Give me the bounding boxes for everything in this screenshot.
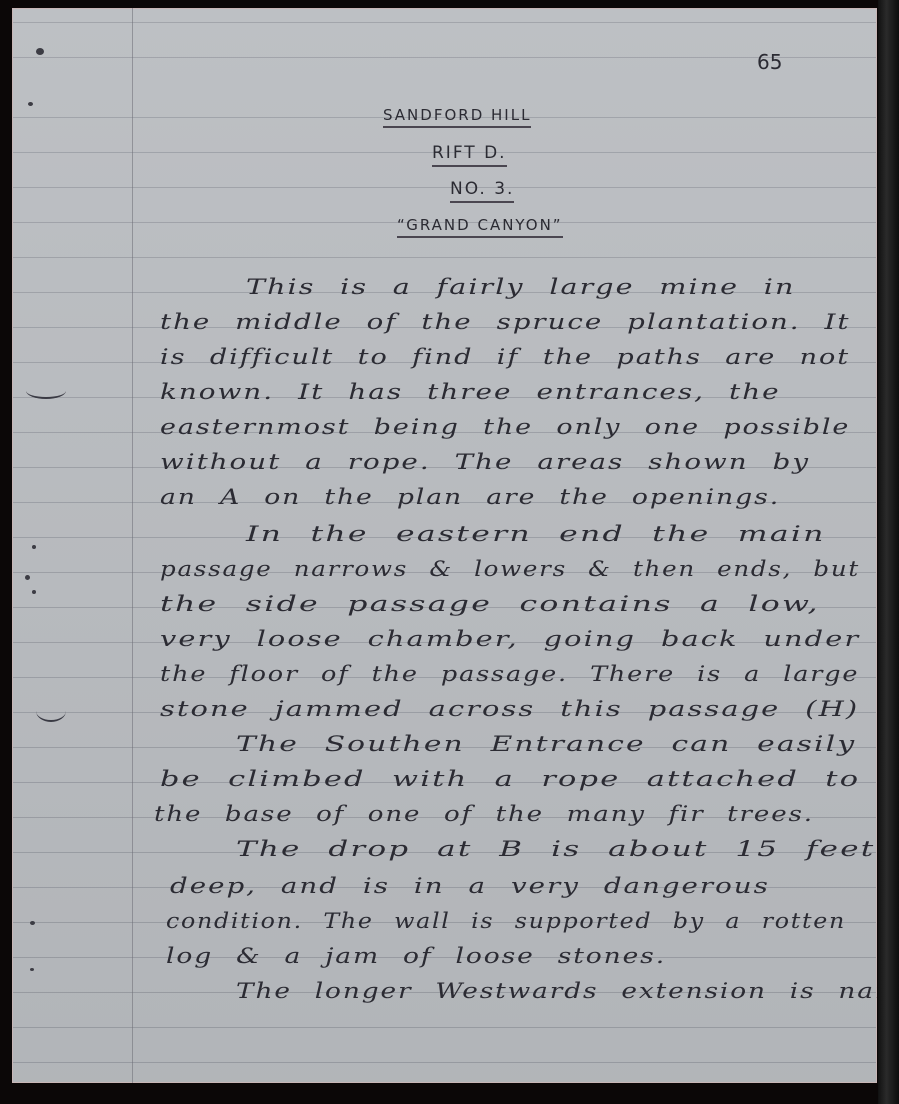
text-line: The Southen Entrance can easily [236, 732, 856, 756]
text-line: condition. The wall is supported by a ro… [166, 909, 846, 933]
text-line: the floor of the passage. There is a lar… [160, 662, 859, 686]
notebook-page: 65 Sandford Hill Rift D. No. 3. “Grand C… [12, 8, 877, 1083]
text-line: log & a jam of loose stones. [166, 944, 666, 968]
binder-backing [878, 0, 899, 1104]
text-line: The longer Westwards extension is narrow [236, 979, 877, 1003]
text-line: is difficult to find if the paths are no… [160, 345, 850, 369]
text-line: the base of one of the many fir trees. [154, 802, 814, 826]
handwritten-body: This is a fairly large mine in the middl… [12, 8, 877, 1083]
text-line: stone jammed across this passage (H) [160, 697, 859, 721]
text-line: an A on the plan are the openings. [160, 485, 780, 509]
text-line: deep, and is in a very dangerous [170, 874, 770, 898]
text-line: The drop at B is about 15 feet [236, 837, 875, 861]
text-line: This is a fairly large mine in [246, 275, 795, 299]
text-line: the side passage contains a low, [160, 592, 820, 616]
text-line: passage narrows & lowers & then ends, bu… [160, 557, 860, 581]
text-line: very loose chamber, going back under [160, 627, 860, 651]
text-line: known. It has three entrances, the [160, 380, 781, 404]
text-line: the middle of the spruce plantation. It [160, 310, 850, 334]
text-line: without a rope. The areas shown by [160, 450, 810, 474]
text-line: easternmost being the only one possible [160, 415, 850, 439]
text-line: be climbed with a rope attached to [160, 767, 860, 791]
text-line: In the eastern end the main [246, 522, 826, 546]
